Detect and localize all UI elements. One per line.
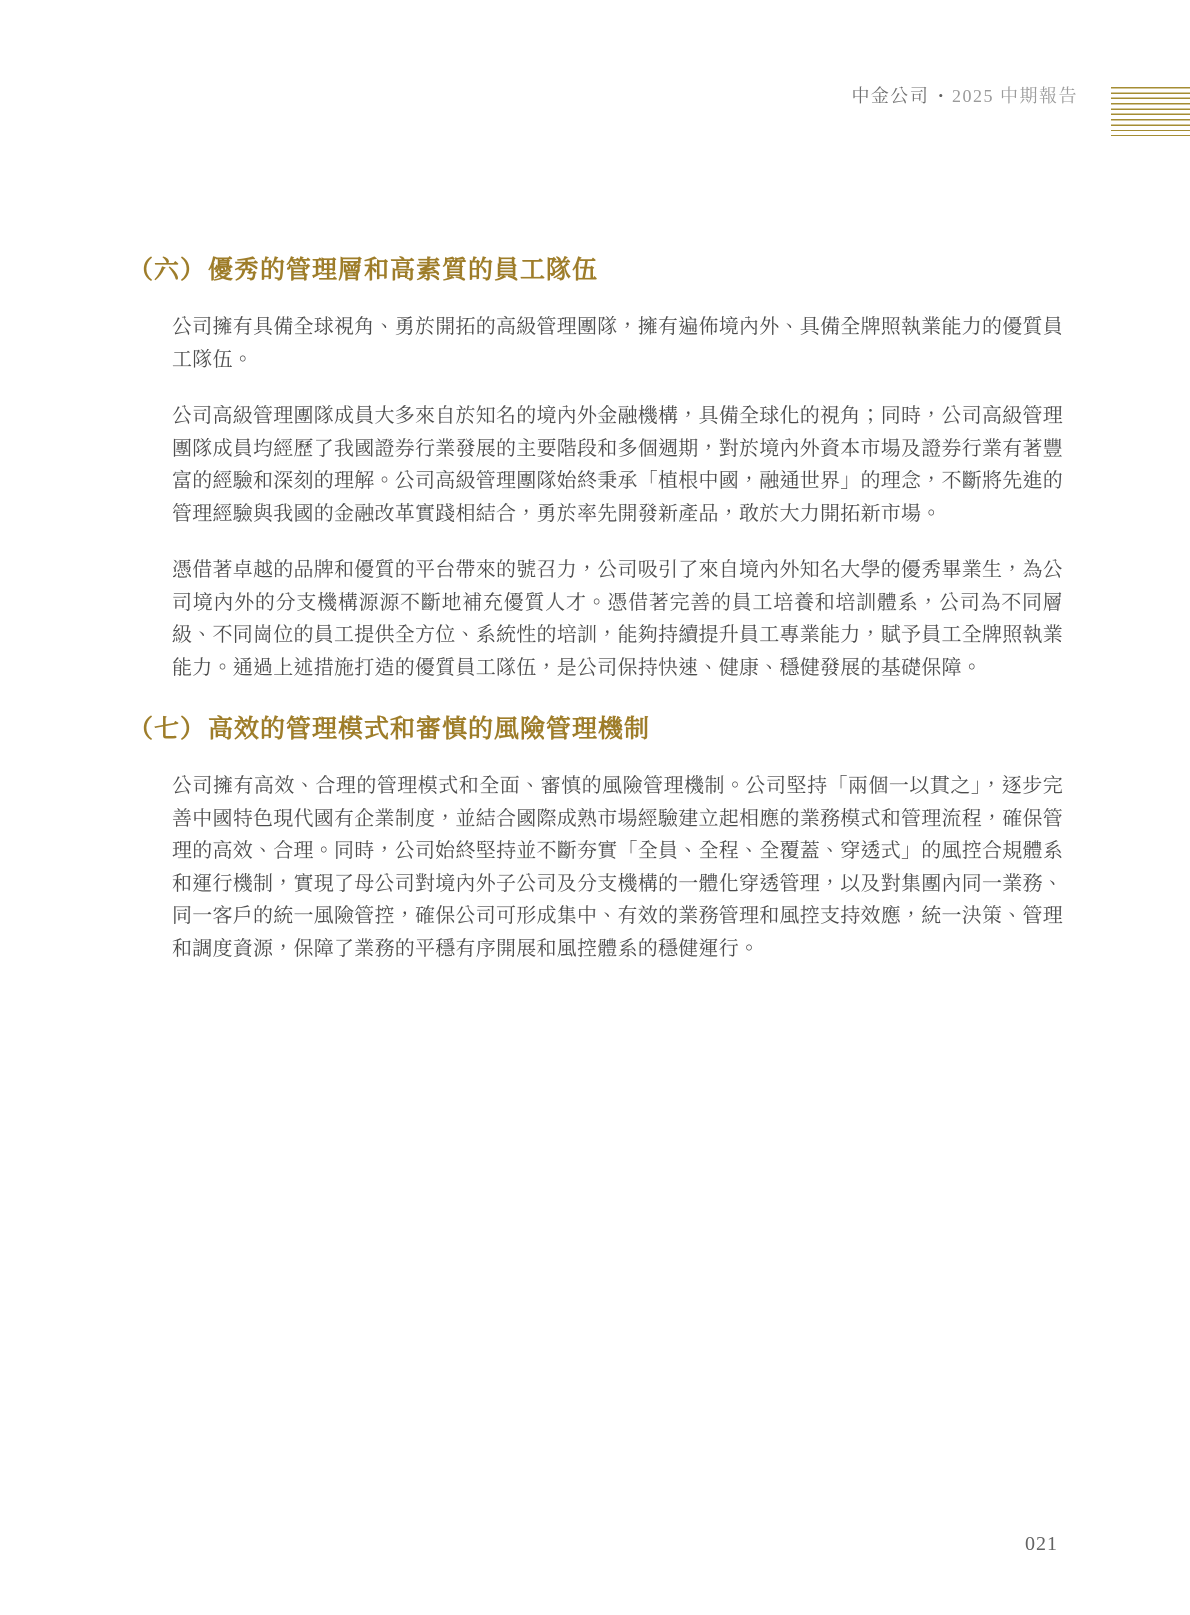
page-number: 021 (1025, 1533, 1058, 1556)
body-paragraph: 公司擁有具備全球視角、勇於開拓的高級管理團隊，擁有遍佈境內外、具備全牌照執業能力… (172, 311, 1063, 376)
section-seven: （七）高效的管理模式和審慎的風險管理機制 公司擁有高效、合理的管理模式和全面、審… (128, 712, 1063, 965)
section-heading-number: （六） (128, 256, 206, 284)
section-heading-number: （七） (128, 715, 206, 743)
section-heading: （六）優秀的管理層和高素質的員工隊伍 (128, 253, 1063, 287)
body-paragraph: 公司高級管理團隊成員大多來自於知名的境內外金融機構，具備全球化的視角；同時，公司… (172, 400, 1063, 530)
section-heading-title: 優秀的管理層和高素質的員工隊伍 (208, 256, 598, 284)
section-heading-title: 高效的管理模式和審慎的風險管理機制 (208, 715, 650, 743)
section-heading: （七）高效的管理模式和審慎的風險管理機制 (128, 712, 1063, 746)
report-page: 中金公司•2025 中期報告 （六）優秀的管理層和高素質的員工隊伍 公司擁有具備… (0, 0, 1190, 1615)
page-content: （六）優秀的管理層和高素質的員工隊伍 公司擁有具備全球視角、勇於開拓的高級管理團… (128, 253, 1063, 965)
header-company-name: 中金公司 (851, 86, 929, 106)
body-paragraph: 憑借著卓越的品牌和優質的平台帶來的號召力，公司吸引了來自境內外知名大學的優秀畢業… (172, 554, 1063, 684)
page-header: 中金公司•2025 中期報告 (851, 84, 1078, 108)
header-report-title: 2025 中期報告 (952, 86, 1078, 106)
section-six: （六）優秀的管理層和高素質的員工隊伍 公司擁有具備全球視角、勇於開拓的高級管理團… (128, 253, 1063, 684)
body-paragraph: 公司擁有高效、合理的管理模式和全面、審慎的風險管理機制。公司堅持「兩個一以貫之」… (172, 770, 1063, 965)
header-separator-dot: • (938, 88, 943, 103)
horizontal-stripes-logo-icon (1111, 87, 1190, 136)
